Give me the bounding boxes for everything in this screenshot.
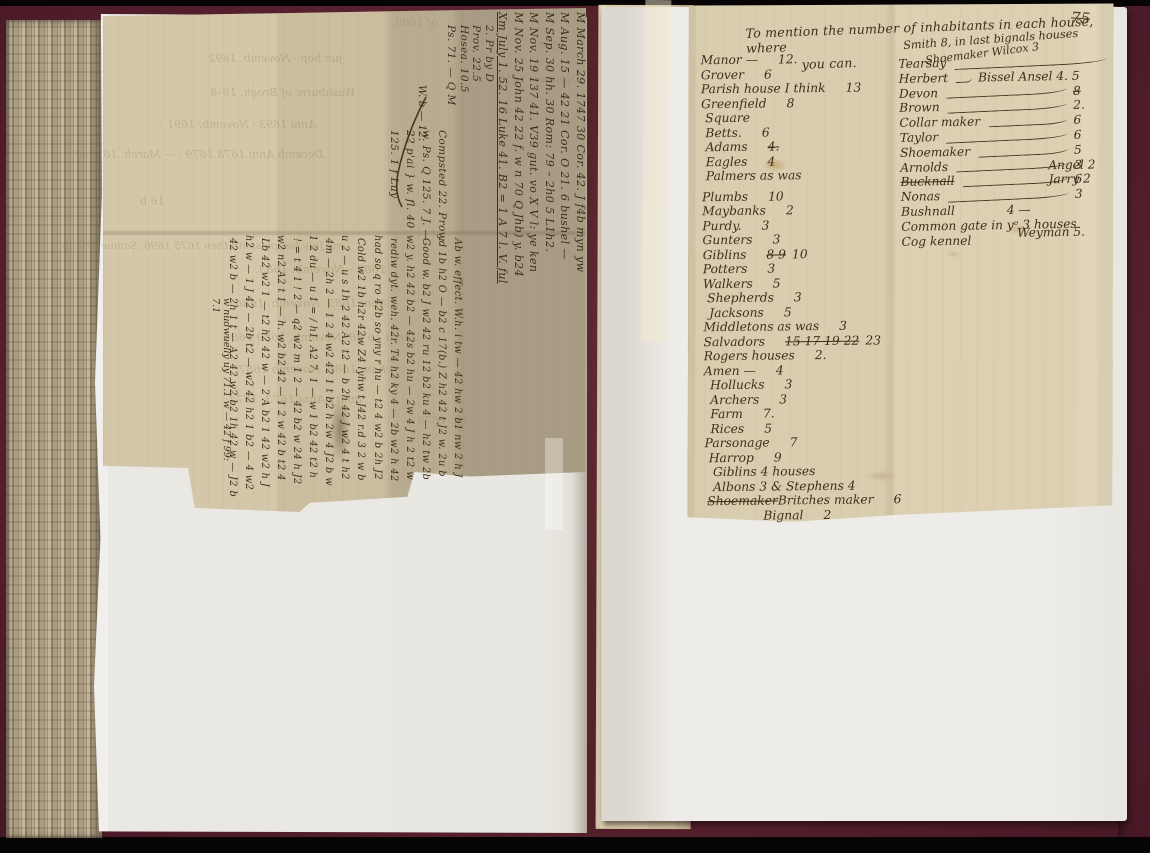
household-value: 8	[786, 96, 794, 111]
household-value: 6	[893, 492, 901, 507]
shorthand-line: Cold w2 1b h2r 42w Z4 lyhw t J42 r.d 3 2…	[352, 238, 368, 472]
household-value: 3	[773, 232, 781, 247]
shorthand-line: u 2 — u s 1h 2 42 A2 t2 — b 2h 42 J w2 4…	[336, 235, 352, 472]
sermon-note-line: M Sep. 30 hh. 30 Rom: 79 – 2h0 5 L1h2.	[542, 12, 558, 467]
trade-name: Nonas	[901, 189, 941, 204]
household-name: Parish house I think	[701, 81, 826, 97]
trade-raised-note: Weyman 5.	[1017, 224, 1085, 240]
household-name: Albons 3 & Stephens 4	[713, 478, 856, 494]
margin-note-rotated: w nudwuelly uy 71.1 w — 42 f 99: 7.1	[210, 298, 232, 468]
shorthand-line: rediw dyt. weh. 42r. T4 h2 ky 4 — 2b w2 …	[385, 238, 401, 472]
foxing-spot-2	[946, 250, 961, 258]
dash-line	[947, 98, 1067, 113]
dash-line	[956, 72, 972, 83]
household-name: Square	[705, 111, 750, 126]
dash-line	[988, 114, 1068, 128]
sermon-note-line: M Aug. 15 — 42 21 Cor. O 21. 6 bushel —	[557, 12, 573, 467]
book-photo: of 1680.jun bop · Novemb. 1692.Washburn:…	[0, 0, 1150, 853]
page-edges-stack	[6, 20, 102, 838]
ref-line: Hosea. 10.5	[457, 25, 470, 147]
trade-name: Devon	[899, 86, 938, 101]
household-name: Archers	[710, 392, 759, 407]
household-value: 7.	[763, 407, 775, 422]
dash-line	[978, 143, 1068, 157]
trade-name: Taylor	[900, 130, 939, 145]
trades-column: TearsayHerbertBissel Ansel 4. 5Devon8Bro…	[898, 53, 1115, 249]
household-value: 3	[779, 392, 787, 407]
household-name: Plumbs	[702, 189, 748, 204]
struck-value: 4.	[768, 139, 780, 154]
shorthand-line: w2 y. h2 42 b2 — 42s b2 hu — 2w 4 J h 2 …	[401, 235, 417, 472]
shorthand-line: 4m — 2h 2 — 1 2 4 w2 42 1 t b2 h 2w 4 J2…	[320, 238, 336, 472]
tape-strip	[641, 0, 672, 342]
trade-name: Herbert	[899, 71, 949, 87]
sermon-notes-rotated: M March 29. 1747 30 Cor. 42. J f4b myn y…	[495, 12, 588, 467]
household-name: Parsonage	[705, 436, 770, 451]
household-name: Giblins 4 houses	[713, 464, 816, 480]
household-value: 3	[767, 262, 775, 277]
shorthand-line: w2 n2 A2 t 1 — h. w2 b2 42 — 1 2 w 42 b …	[272, 235, 288, 472]
household-name: Walkers	[703, 276, 753, 291]
household-value: 6	[764, 67, 772, 82]
sermon-note-line: M Nov. 25 John 42 22 f. w n 70 Q Jhb) y.…	[511, 12, 527, 467]
household-name: Giblins	[703, 247, 747, 262]
ref-line: Prov. 22.5	[470, 25, 483, 147]
trade-value: 5	[1074, 142, 1114, 157]
household-value: 23	[865, 333, 881, 348]
ink-flourish	[388, 95, 438, 215]
ref-line: 2. Pr by D	[482, 25, 495, 147]
bleedthrough-line: Decemb Anni 1678 1679 · — March. 1675 of	[75, 148, 323, 161]
shorthand-line: Good w. b2 J w2 42 ru 12 b2 ku 4 — h2 tw…	[417, 238, 433, 472]
trade-extra: Angel 2	[1048, 157, 1095, 173]
shorthand-line: h2 w — 1 J 42 — 2b t2 — w2 42 h2 1 b2 — …	[240, 235, 256, 472]
bleedthrough-line: Washburn: of Brogh. 16–8	[210, 86, 355, 99]
household-row: Bignal2	[763, 506, 945, 522]
shorthand-line: had so q ro 42b so yny r hu — t2 4 w2 b …	[368, 235, 384, 472]
trade-name: Bucknall	[900, 174, 954, 190]
dash-line	[948, 187, 1069, 202]
household-name: Betts.	[705, 125, 742, 140]
household-value: 7	[790, 435, 798, 450]
sermon-note-line: Xm July 1. 52. 16 Luke 41. B2 = 1 A 7 l.…	[495, 12, 511, 467]
struck-value: 8 9	[766, 247, 786, 262]
household-name: Hollucks	[710, 378, 765, 393]
household-value: 5	[773, 276, 781, 291]
dash-line	[946, 84, 1067, 99]
trade-name: Tearsay	[898, 56, 946, 72]
ref-line: Ps. 71. — Q M	[445, 25, 458, 147]
household-name: Potters	[703, 262, 748, 277]
trade-extra: Jarry 2	[1048, 172, 1091, 188]
dash-line	[954, 53, 1106, 70]
trade-value: 6	[1074, 127, 1114, 142]
household-value: 10	[792, 247, 808, 262]
household-value: 2.	[815, 348, 827, 363]
bleedthrough-line: jun bop · Novemb. 1692.	[205, 52, 342, 65]
trade-name: Shoemaker	[900, 144, 970, 160]
household-name: Britches maker	[778, 492, 874, 508]
household-value: 6	[762, 125, 770, 140]
shorthand-line: ! = t 4 1 ! 2 — q2 w2 m 1 2 — 42 b2 w 24…	[288, 238, 304, 472]
trade-value: 8	[1073, 83, 1113, 98]
household-value: 4	[776, 363, 784, 378]
tape-strip-2	[545, 438, 563, 530]
household-value: 10	[768, 189, 784, 204]
trade-value: 2.	[1073, 98, 1113, 113]
household-name: Jacksons	[709, 305, 764, 320]
household-value: 2	[786, 203, 794, 218]
bleedthrough-line: 16 b	[140, 195, 165, 208]
household-value: 3	[761, 218, 769, 233]
household-value: 12.	[778, 52, 798, 67]
household-name: Amen —	[704, 363, 756, 378]
struck-name: Shoemaker	[707, 493, 778, 508]
household-name: Gunters	[702, 233, 752, 248]
folio-number: 75	[1070, 8, 1090, 27]
trade-name: Cog kennel	[901, 233, 971, 249]
trade-value: 6	[1073, 112, 1113, 127]
trade-name: Brown	[899, 101, 940, 116]
sermon-note-line: M Nov. 19 137 41. V39 gut. vo X V l: ye …	[526, 12, 542, 467]
household-value: 5	[784, 305, 792, 320]
struck-value: 15 17 19 22	[785, 333, 859, 348]
household-name: Harrop	[709, 450, 754, 465]
household-name: Rogers houses	[704, 348, 795, 363]
backdrop-bottom	[0, 837, 1150, 853]
household-name: Grover	[701, 67, 744, 82]
household-name: Farm	[710, 407, 743, 422]
household-name: Purdy.	[702, 218, 741, 233]
household-value: 13	[846, 81, 862, 96]
household-value: 3	[794, 290, 802, 305]
household-name: Eagles	[706, 154, 748, 169]
household-value: 5	[764, 421, 772, 436]
household-name: Adams	[705, 140, 747, 155]
household-value: 9	[774, 450, 782, 465]
trade-name: Arnolds	[900, 160, 948, 176]
household-name: Rices	[710, 421, 744, 436]
shorthand-line: yd 1b h2 O — b2 c 17(b.) Z h2 42 t J2 w.…	[433, 235, 449, 472]
trade-name: Collar maker	[899, 115, 980, 131]
trade-value: 3	[1075, 186, 1115, 201]
household-name: Manor —	[701, 53, 758, 68]
shorthand-line: 1 2 du — u 1 = / h1. A2 7. 1 — w 1 b2 42…	[304, 235, 320, 472]
household-value: 3	[839, 319, 847, 334]
sermon-note-line: M March 29. 1747 30 Cor. 42. J f4b myn y…	[573, 12, 589, 467]
household-name: Maybanks	[702, 204, 766, 219]
household-value: 3	[785, 377, 793, 392]
shorthand-line: Ab w. effect. W.h. i tw — 42 hw 2 b1 nw …	[449, 238, 465, 472]
trade-value: 4 —	[1007, 202, 1047, 217]
shorthand-line: Lb 42 w2 1 — t2 h2 42 w — 2 A b2 1 42 w2…	[256, 238, 272, 472]
household-name: Middletons as was	[703, 319, 819, 335]
scripture-refs-rotated: 2. Pr by DProv. 22.5Hosea. 10.5Ps. 71. —…	[445, 25, 495, 147]
shorthand-notes-rotated: Ab w. effect. W.h. i tw — 42 hw 2 b1 nw …	[224, 235, 465, 472]
trade-name: Bushnall	[901, 204, 955, 220]
household-value: 4	[767, 154, 775, 169]
household-name: Shepherds	[707, 291, 774, 306]
household-value: 2	[823, 507, 831, 522]
bleedthrough-line: of 1680.	[392, 16, 438, 29]
household-name: Palmers as was	[706, 168, 802, 184]
household-name: Bignal	[763, 508, 803, 523]
dash-line	[946, 128, 1068, 144]
bleedthrough-line: Anni 1693 · Novemb: 1691 ·	[160, 118, 316, 131]
household-name: Greenfield	[701, 96, 767, 111]
household-name: Salvadors	[703, 334, 765, 349]
